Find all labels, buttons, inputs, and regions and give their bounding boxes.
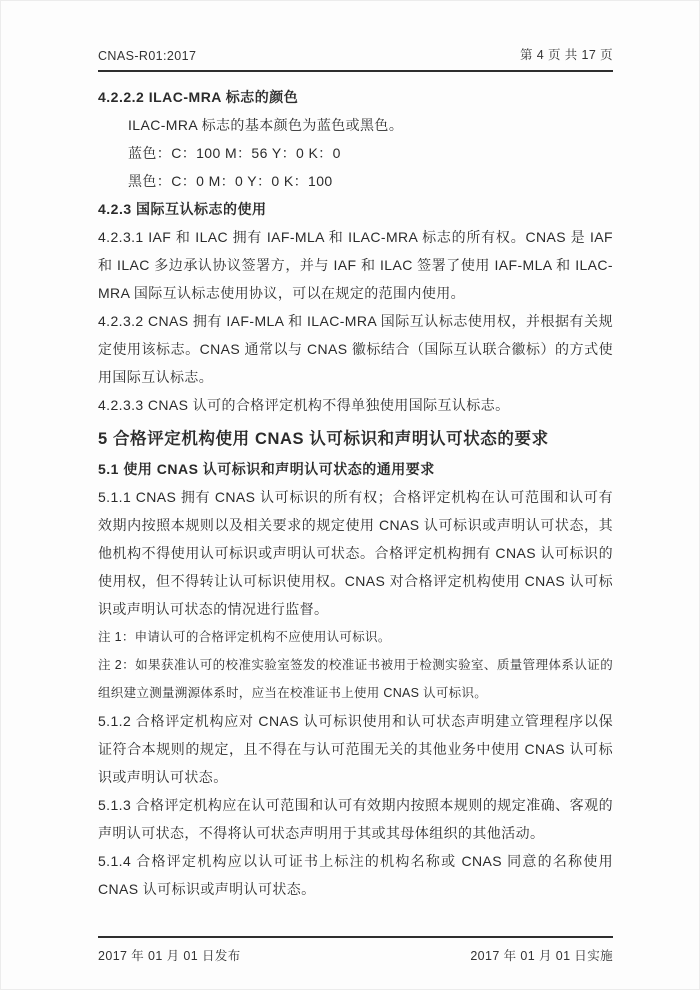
para-color-base: ILAC-MRA 标志的基本颜色为蓝色或黑色。 [98, 111, 613, 139]
para-color-blue: 蓝色：C：100 M：56 Y：0 K：0 [98, 139, 613, 167]
document-page: CNAS-R01:2017 第 4 页 共 17 页 4.2.2.2 ILAC-… [0, 0, 700, 990]
document-body: 4.2.2.2 ILAC-MRA 标志的颜色 ILAC-MRA 标志的基本颜色为… [98, 83, 613, 903]
para-color-black: 黑色：C：0 M：0 Y：0 K：100 [98, 167, 613, 195]
heading-51: 5.1 使用 CNAS 认可标识和声明认可状态的通用要求 [98, 455, 613, 483]
doc-code: CNAS-R01:2017 [98, 49, 196, 63]
para-4231: 4.2.3.1 IAF 和 ILAC 拥有 IAF-MLA 和 ILAC-MRA… [98, 223, 613, 307]
para-512: 5.1.2 合格评定机构应对 CNAS 认可标识使用和认可状态声明建立管理程序以… [98, 707, 613, 791]
note-2: 注 2：如果获准认可的校准实验室签发的校准证书被用于检测实验室、质量管理体系认证… [98, 651, 613, 707]
note-1: 注 1：申请认可的合格评定机构不应使用认可标识。 [98, 623, 613, 651]
heading-5: 5 合格评定机构使用 CNAS 认可标识和声明认可状态的要求 [98, 424, 613, 454]
implementation-date: 2017 年 01 月 01 日实施 [470, 946, 613, 964]
page-footer: 2017 年 01 月 01 日发布 2017 年 01 月 01 日实施 [98, 936, 613, 964]
heading-4222: 4.2.2.2 ILAC-MRA 标志的颜色 [98, 83, 613, 111]
para-513: 5.1.3 合格评定机构应在认可范围和认可有效期内按照本规则的规定准确、客观的声… [98, 791, 613, 847]
heading-423: 4.2.3 国际互认标志的使用 [98, 195, 613, 223]
para-4233: 4.2.3.3 CNAS 认可的合格评定机构不得单独使用国际互认标志。 [98, 391, 613, 419]
page-header: CNAS-R01:2017 第 4 页 共 17 页 [98, 45, 613, 72]
para-514: 5.1.4 合格评定机构应以认可证书上标注的机构名称或 CNAS 同意的名称使用… [98, 847, 613, 903]
issue-date: 2017 年 01 月 01 日发布 [98, 946, 241, 964]
para-511: 5.1.1 CNAS 拥有 CNAS 认可标识的所有权；合格评定机构在认可范围和… [98, 483, 613, 623]
page-number: 第 4 页 共 17 页 [520, 45, 613, 63]
para-4232: 4.2.3.2 CNAS 拥有 IAF-MLA 和 ILAC-MRA 国际互认标… [98, 307, 613, 391]
